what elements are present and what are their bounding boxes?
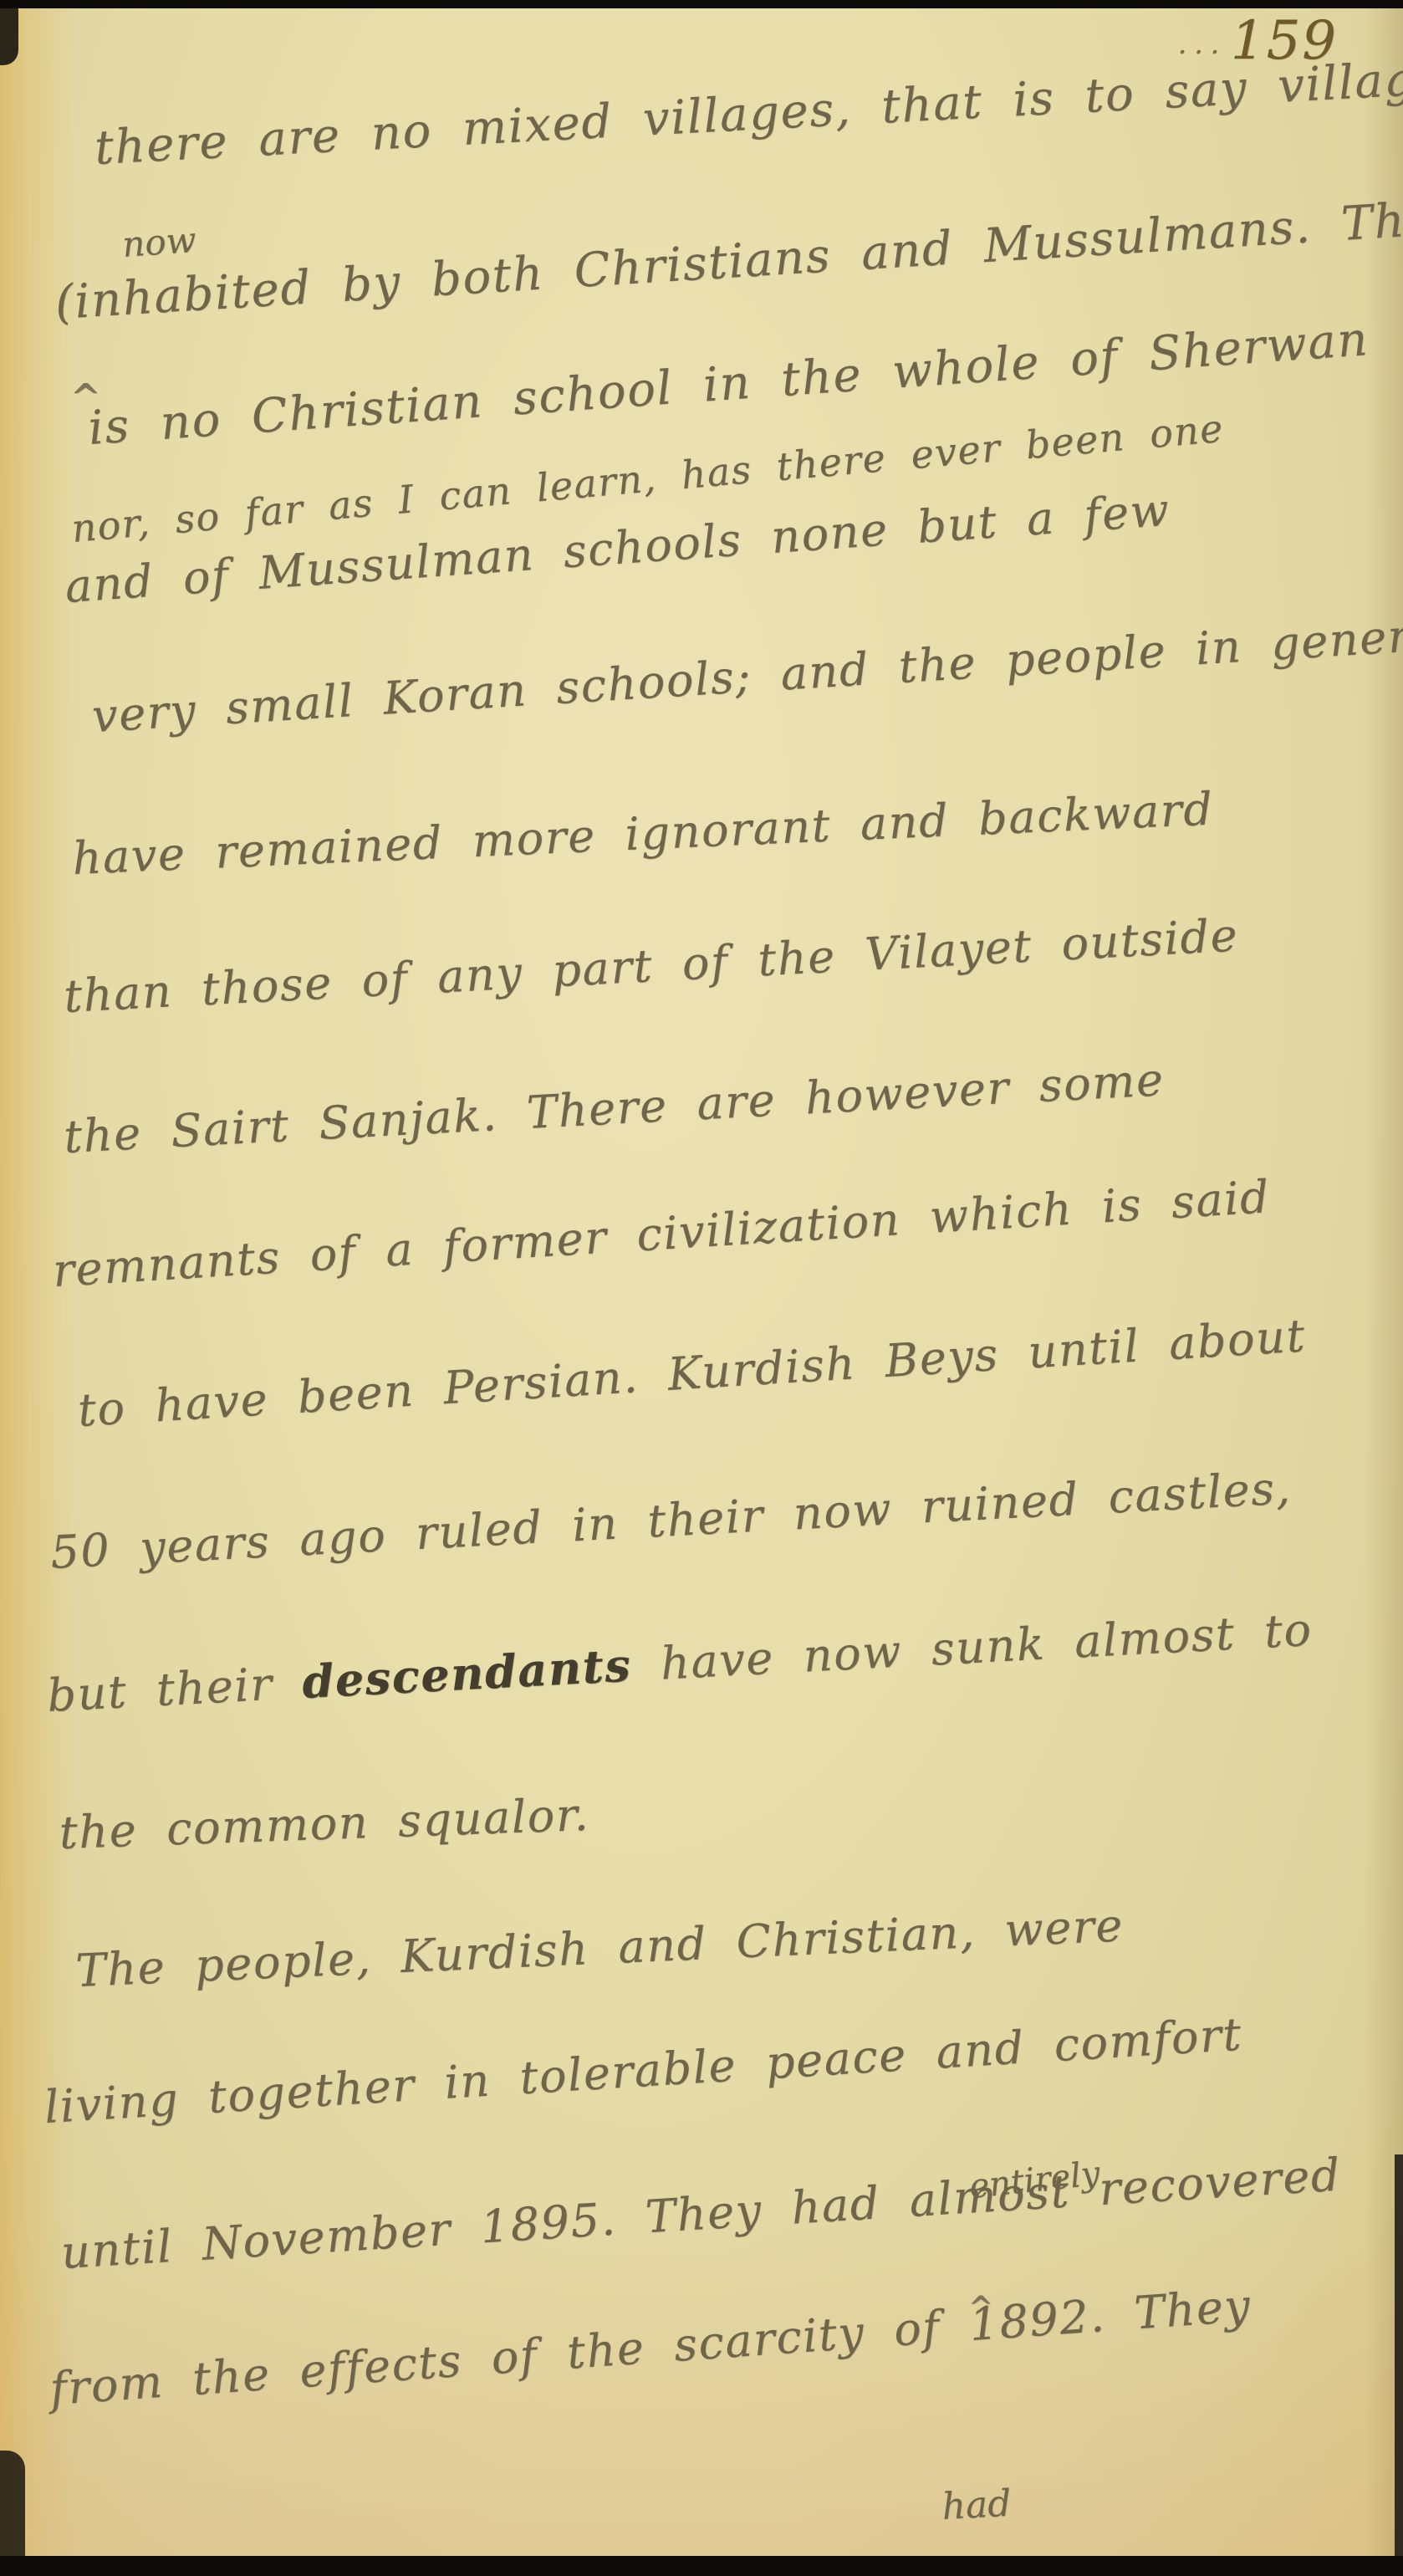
manuscript-line: The people, Kurdish and Christian, were	[74, 1899, 1125, 1997]
manuscript-line-text: there are no mixed villages, that is to …	[94, 49, 1403, 176]
manuscript-line: remnants of a former civilization which …	[51, 1170, 1272, 1297]
manuscript-caret: ^	[70, 376, 101, 419]
manuscript-line-text: to have been Persian. Kurdish Beys until…	[76, 1309, 1307, 1437]
photographed-manuscript-page: ... 159 there are no mixed villages, tha…	[0, 0, 1403, 2576]
manuscript-line-text: remnants of a former civilization which …	[51, 1170, 1272, 1297]
photo-border-top-left	[0, 0, 18, 65]
manuscript-line-text: 50 years ago ruled in their now ruined c…	[49, 1461, 1293, 1579]
manuscript-line: the Sairt Sanjak. There are however some	[63, 1053, 1166, 1163]
photo-border-top	[0, 0, 1403, 8]
manuscript-line-text: very small Koran schools; and the people…	[90, 606, 1403, 743]
manuscript-interlineation: now	[121, 219, 197, 265]
manuscript-line-text: have remained more ignorant and backward	[71, 782, 1214, 885]
manuscript-line-text: living together in tolerable peace and c…	[43, 2008, 1243, 2134]
manuscript-line-text: The people, Kurdish and Christian, were	[74, 1899, 1125, 1997]
manuscript-line-text: the common squalor.	[59, 1788, 590, 1859]
manuscript-line: (inhabited by both Christians and Mussul…	[54, 188, 1403, 330]
manuscript-text-block: there are no mixed villages, that is to …	[0, 8, 1403, 2556]
manuscript-catchword: had	[941, 2482, 1012, 2528]
photo-border-right	[1395, 2154, 1403, 2556]
manuscript-line-text: have now sunk almost to	[630, 1603, 1314, 1692]
paper-sheet: ... 159 there are no mixed villages, tha…	[0, 8, 1403, 2556]
manuscript-line: to have been Persian. Kurdish Beys until…	[76, 1309, 1307, 1437]
manuscript-line: very small Koran schools; and the people…	[90, 606, 1403, 743]
manuscript-line: have remained more ignorant and backward	[71, 782, 1214, 885]
manuscript-line: but their descendants have now sunk almo…	[46, 1602, 1314, 1722]
manuscript-line-text: from the effects of the scarcity of 1892…	[48, 2279, 1253, 2415]
manuscript-line-text: the Sairt Sanjak. There are however some	[63, 1053, 1166, 1163]
photo-border-bottom-left	[0, 2451, 25, 2576]
manuscript-line: from the effects of the scarcity of 1892…	[48, 2279, 1253, 2415]
photo-border-bottom	[0, 2556, 1403, 2576]
manuscript-line-text: than those of any part of the Vilayet ou…	[63, 908, 1240, 1023]
manuscript-line-text: until November 1895. They had almost rec…	[59, 2148, 1343, 2279]
manuscript-caret: ^	[968, 2290, 993, 2325]
manuscript-line: the common squalor.	[59, 1788, 590, 1859]
manuscript-line: until November 1895. They had almost rec…	[59, 2148, 1343, 2279]
manuscript-line: than those of any part of the Vilayet ou…	[63, 908, 1240, 1023]
manuscript-line: there are no mixed villages, that is to …	[94, 49, 1403, 176]
manuscript-line-text: (inhabited by both Christians and Mussul…	[54, 188, 1403, 330]
manuscript-line: living together in tolerable peace and c…	[43, 2008, 1243, 2134]
manuscript-line: 50 years ago ruled in their now ruined c…	[49, 1461, 1293, 1579]
manuscript-correction-word: descendants	[301, 1638, 633, 1709]
manuscript-line-text: but their	[46, 1656, 304, 1722]
